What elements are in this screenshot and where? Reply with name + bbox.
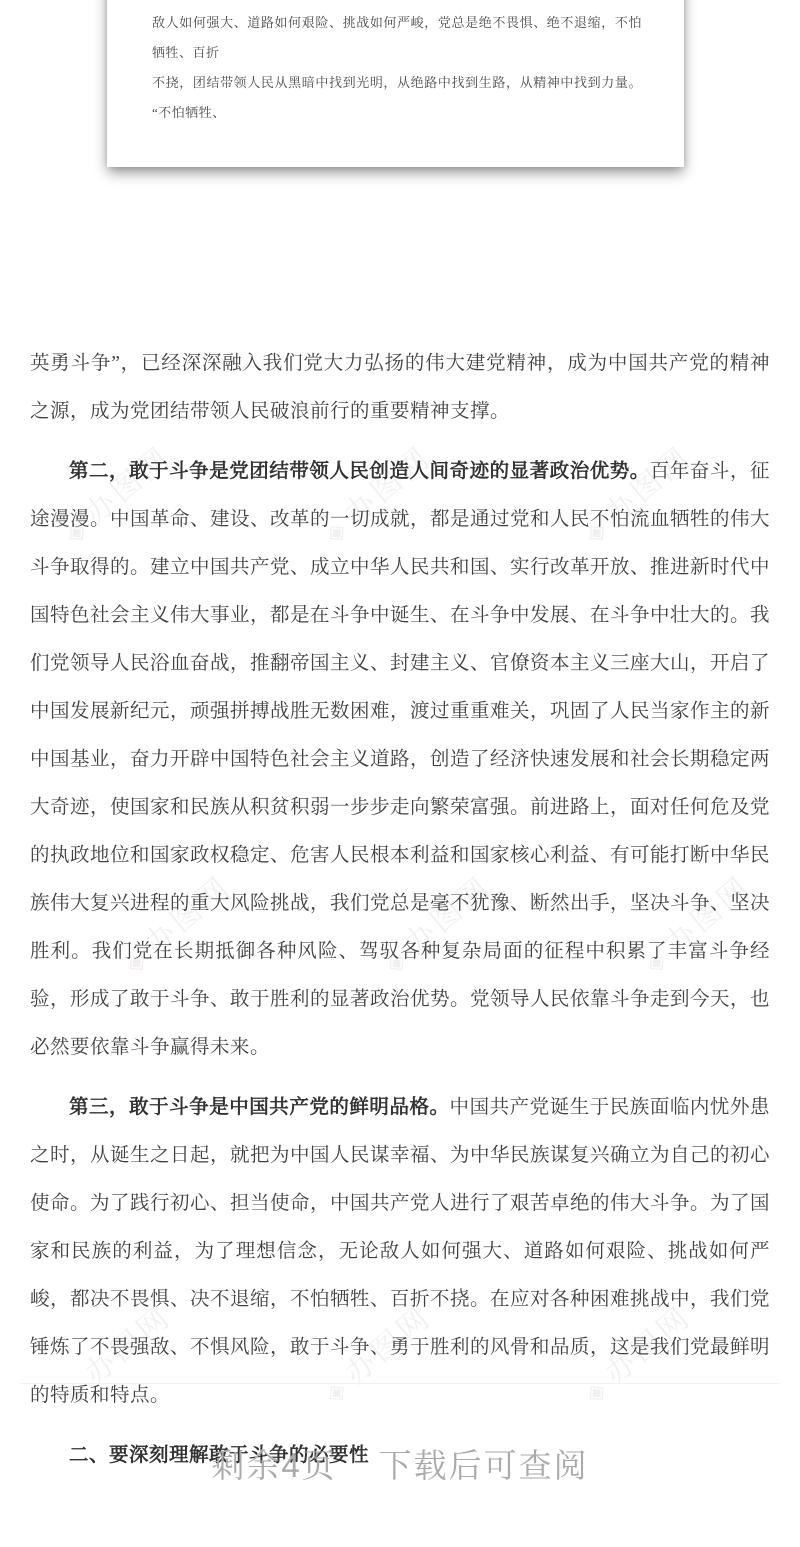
page-bottom-divider	[20, 1383, 780, 1384]
paragraph-text: 中国共产党诞生于民族面临内忧外患之时，从诞生之日起，就把为中国人民谋幸福、为中华…	[30, 1097, 770, 1406]
remaining-pages-label: 剩余4页	[211, 1447, 336, 1484]
footer-notice: 剩余4页下载后可查阅	[0, 1440, 800, 1487]
previous-page-line: 不挠，团结带领人民从黑暗中找到光明，从绝路中找到生路，从精神中找到力量。“不怕牺…	[152, 68, 642, 128]
document-paragraph: 第三，敢于斗争是中国共产党的鲜明品格。中国共产党诞生于民族面临内忧外患之时，从诞…	[30, 1084, 770, 1420]
paragraph-lead-bold: 第二，敢于斗争是党团结带领人民创造人间奇迹的显著政治优势。	[69, 461, 650, 482]
paragraph-text: 英勇斗争”，已经深深融入我们党大力弘扬的伟大建党精神，成为中国共产党的精神之源，…	[30, 353, 770, 422]
document-paragraph: 第二，敢于斗争是党团结带领人民创造人间奇迹的显著政治优势。百年奋斗，征途漫漫。中…	[30, 448, 770, 1072]
previous-page-line: 敌人如何强大、道路如何艰险、挑战如何严峻，党总是绝不畏惧、绝不退缩，不怕牺牲、百…	[152, 8, 642, 68]
paragraph-lead-bold: 第三，敢于斗争是中国共产党的鲜明品格。	[69, 1097, 450, 1118]
previous-page-text: 敌人如何强大、道路如何艰险、挑战如何严峻，党总是绝不畏惧、绝不退缩，不怕牺牲、百…	[107, 8, 684, 128]
previous-page-card: 敌人如何强大、道路如何艰险、挑战如何严峻，党总是绝不畏惧、绝不退缩，不怕牺牲、百…	[107, 0, 684, 167]
paragraph-text: 百年奋斗，征途漫漫。中国革命、建设、改革的一切成就，都是通过党和人民不怕流血牺牲…	[30, 461, 770, 1058]
document-preview-page: { "preview_card": { "lines": [ "敌人如何强大、道…	[0, 0, 800, 1547]
document-paragraph: 英勇斗争”，已经深深融入我们党大力弘扬的伟大建党精神，成为中国共产党的精神之源，…	[30, 340, 770, 436]
document-body: 英勇斗争”，已经深深融入我们党大力弘扬的伟大建党精神，成为中国共产党的精神之源，…	[0, 340, 800, 1492]
download-hint-label: 下载后可查阅	[379, 1447, 589, 1484]
